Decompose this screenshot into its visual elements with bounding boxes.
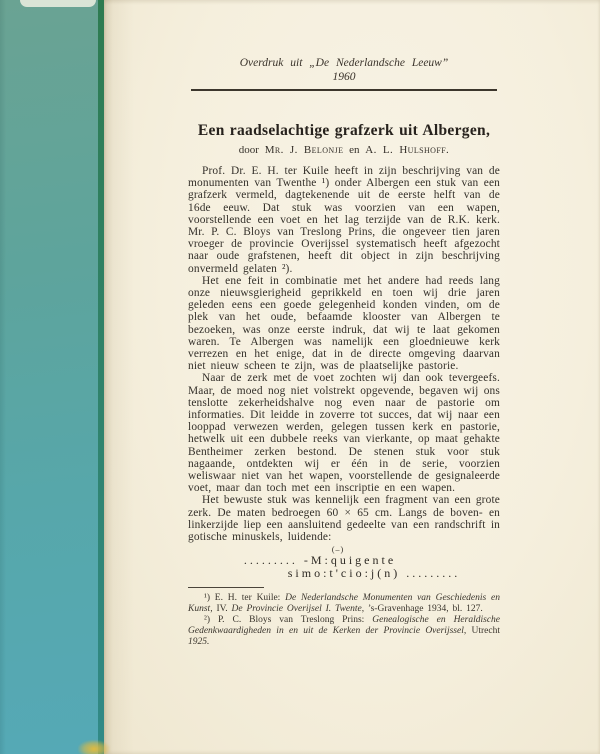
offprint-page: Overdruk uit „De Nederlandsche Leeuw” 19… bbox=[104, 0, 600, 754]
paragraph-3: Naar de zerk met de voet zochten wij dan… bbox=[188, 372, 500, 494]
footnote-1-text: ¹) E. H. ter Kuile: bbox=[204, 593, 285, 603]
footnote-2-text-2: , Utrecht bbox=[464, 626, 500, 636]
byline-prefix: door bbox=[239, 144, 265, 156]
offprint-year: 1960 bbox=[188, 70, 500, 84]
cover-top-highlight bbox=[20, 0, 96, 7]
byline: door Mr. J. Belonje en A. L. Hulshoff. bbox=[188, 143, 500, 157]
byline-author-2: A. L. Hulshoff. bbox=[365, 144, 449, 156]
footnote-1-text-2: , IV. bbox=[210, 604, 231, 614]
offprint-source-line: Overdruk uit „De Nederlandsche Leeuw” bbox=[188, 56, 500, 70]
book-cover-strip bbox=[0, 0, 104, 754]
footnote-2: ²) P. C. Bloys van Treslong Prins: Genea… bbox=[188, 615, 500, 648]
byline-connector: en bbox=[343, 144, 365, 156]
footnote-1-text-3: , ’s-Gravenhage 1934, bl. 127. bbox=[362, 604, 483, 614]
header-rule bbox=[191, 89, 497, 91]
inscription-line-2: simo:t'cio:j(n) ......... bbox=[218, 567, 530, 580]
text-column: Overdruk uit „De Nederlandsche Leeuw” 19… bbox=[188, 0, 500, 648]
paragraph-1: Prof. Dr. E. H. ter Kuile heeft in zijn … bbox=[188, 165, 500, 275]
paragraph-4: Het bewuste stuk was kennelijk een fragm… bbox=[188, 494, 500, 543]
article-title: Een raadselachtige grafzerk uit Albergen… bbox=[188, 122, 500, 140]
footnote-2-text: ²) P. C. Bloys van Treslong Prins: bbox=[204, 615, 372, 625]
footnote-1: ¹) E. H. ter Kuile: De Nederlandsche Mon… bbox=[188, 593, 500, 615]
offprint-header: Overdruk uit „De Nederlandsche Leeuw” 19… bbox=[188, 56, 500, 91]
footnote-2-year: 1925. bbox=[188, 637, 209, 647]
footnote-separator-rule bbox=[188, 587, 264, 588]
byline-author-1: Mr. J. Belonje bbox=[265, 144, 344, 156]
footnotes: ¹) E. H. ter Kuile: De Nederlandsche Mon… bbox=[188, 593, 500, 648]
scanned-offprint: Overdruk uit „De Nederlandsche Leeuw” 19… bbox=[0, 0, 600, 754]
corner-stain bbox=[78, 740, 110, 754]
footnote-1-title-2: De Provincie Overijsel I. Twente bbox=[232, 604, 362, 614]
inscription-block: (–) ......... -M:quigente simo:t'cio:j(n… bbox=[188, 546, 500, 580]
paragraph-2: Het ene feit in combinatie met het ander… bbox=[188, 275, 500, 373]
article-body: Prof. Dr. E. H. ter Kuile heeft in zijn … bbox=[188, 165, 500, 543]
